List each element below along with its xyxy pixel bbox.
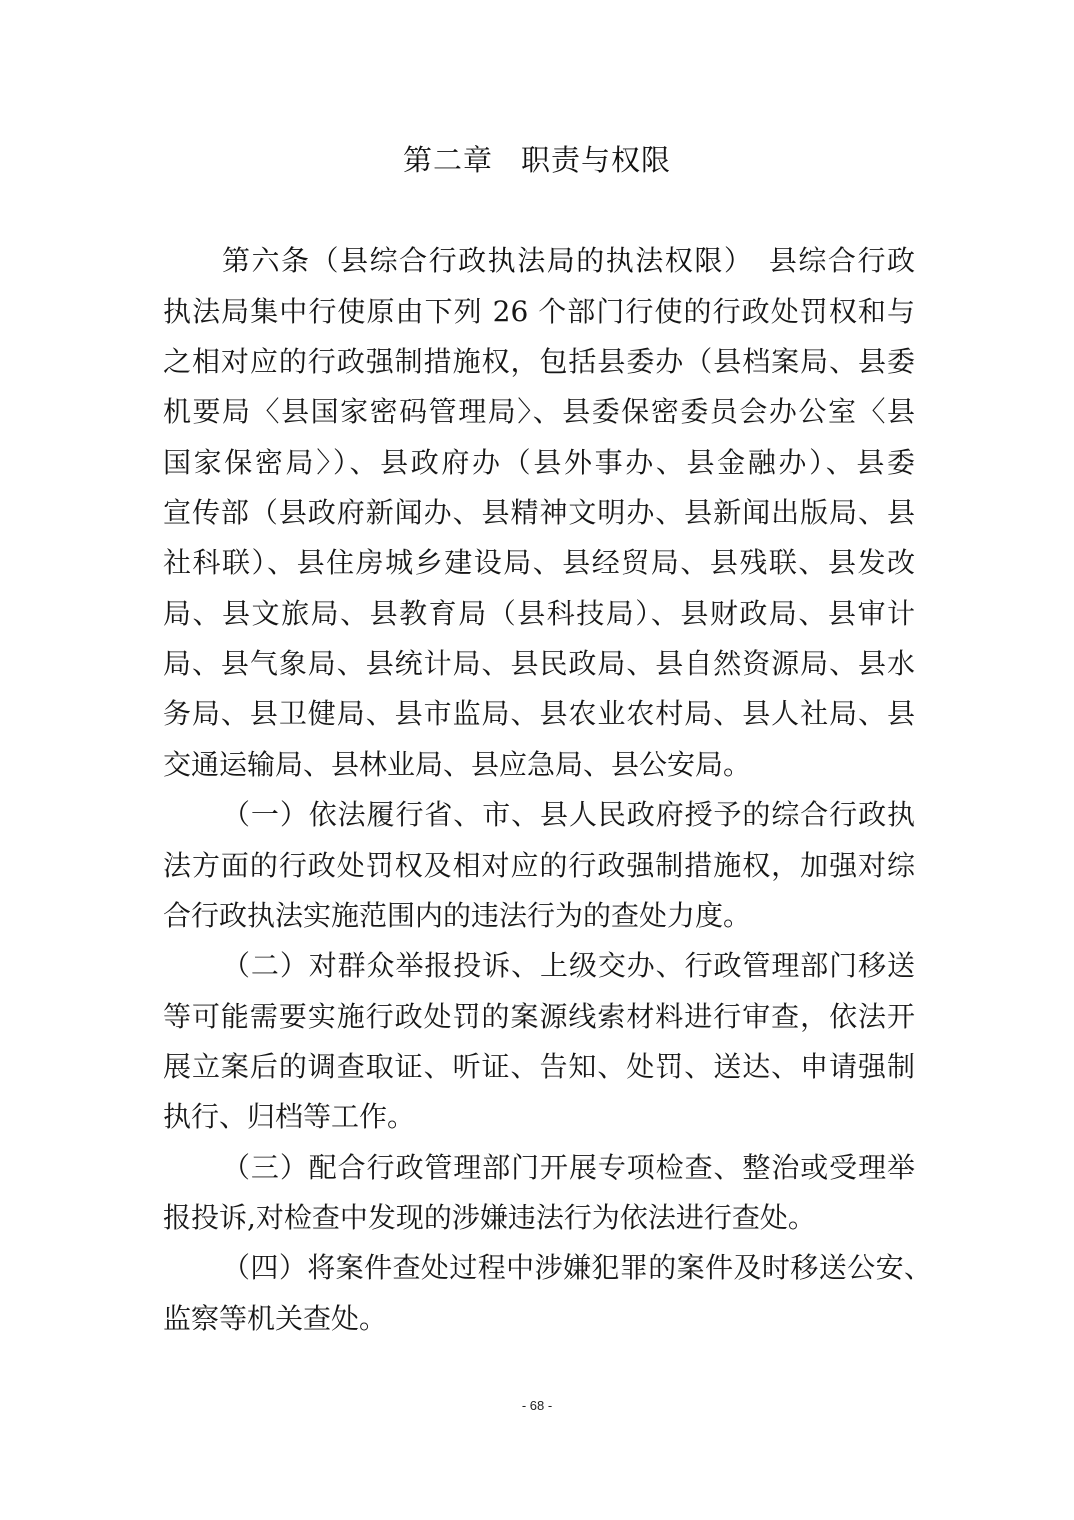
chapter-name: 职责与权限 (521, 143, 671, 177)
item-2-line: 等可能需要实施行政处罚的案源线索材料进行审查，依法开 (163, 992, 915, 1042)
article-text-line: 局、县气象局、县统计局、县民政局、县自然资源局、县水 (163, 639, 915, 689)
item-3-line: 报投诉,对检查中发现的涉嫌违法行为依法进行查处。 (163, 1193, 915, 1243)
article-text-line: 宣传部（县政府新闻办、县精神文明办、县新闻出版局、县 (163, 488, 915, 538)
article-text-line: 机要局〈县国家密码管理局〉、县委保密委员会办公室〈县 (163, 387, 915, 437)
chapter-title: 第二章职责与权限 (0, 138, 1074, 179)
article-text-line: 县综合行政 (767, 244, 915, 277)
article-text-line: 社科联）、县住房城乡建设局、县经贸局、县残联、县发改 (163, 538, 915, 588)
item-2-line: 展立案后的调查取证、听证、告知、处罚、送达、申请强制 (163, 1042, 915, 1092)
page-number: - 68 - (0, 1398, 1074, 1413)
item-4-line: 监察等机关查处。 (163, 1294, 915, 1344)
article-text-line: 局、县文旅局、县教育局（县科技局）、县财政局、县审计 (163, 589, 915, 639)
item-1-line: 法方面的行政处罚权及相对应的行政强制措施权，加强对综 (163, 841, 915, 891)
article-text-line: 国家保密局〉）、县政府办（县外事办、县金融办）、县委 (163, 438, 915, 488)
item-1-line: 合行政执法实施范围内的违法行为的查处力度。 (163, 891, 915, 941)
article-text-line: 交通运输局、县林业局、县应急局、县公安局。 (163, 740, 915, 790)
document-page: 第二章职责与权限 第六条（县综合行政执法局的执法权限）县综合行政 执法局集中行使… (0, 0, 1074, 1520)
item-4-line: （四）将案件查处过程中涉嫌犯罪的案件及时移送公安、 (222, 1243, 932, 1293)
item-1-line: （一）依法履行省、市、县人民政府授予的综合行政执 (222, 790, 915, 840)
item-3-line: （三）配合行政管理部门开展专项检查、整治或受理举 (222, 1143, 915, 1193)
item-2-line: 执行、归档等工作。 (163, 1092, 915, 1142)
article-heading: 第六条（县综合行政执法局的执法权限） (222, 244, 753, 277)
article-first-line: 第六条（县综合行政执法局的执法权限）县综合行政 (222, 236, 915, 286)
chapter-number: 第二章 (403, 143, 493, 177)
article-text-line: 之相对应的行政强制措施权，包括县委办（县档案局、县委 (163, 337, 915, 387)
article-text-line: 执法局集中行使原由下列 26 个部门行使的行政处罚权和与 (163, 287, 915, 337)
item-2-line: （二）对群众举报投诉、上级交办、行政管理部门移送 (222, 941, 915, 991)
article-text-line: 务局、县卫健局、县市监局、县农业农村局、县人社局、县 (163, 689, 915, 739)
